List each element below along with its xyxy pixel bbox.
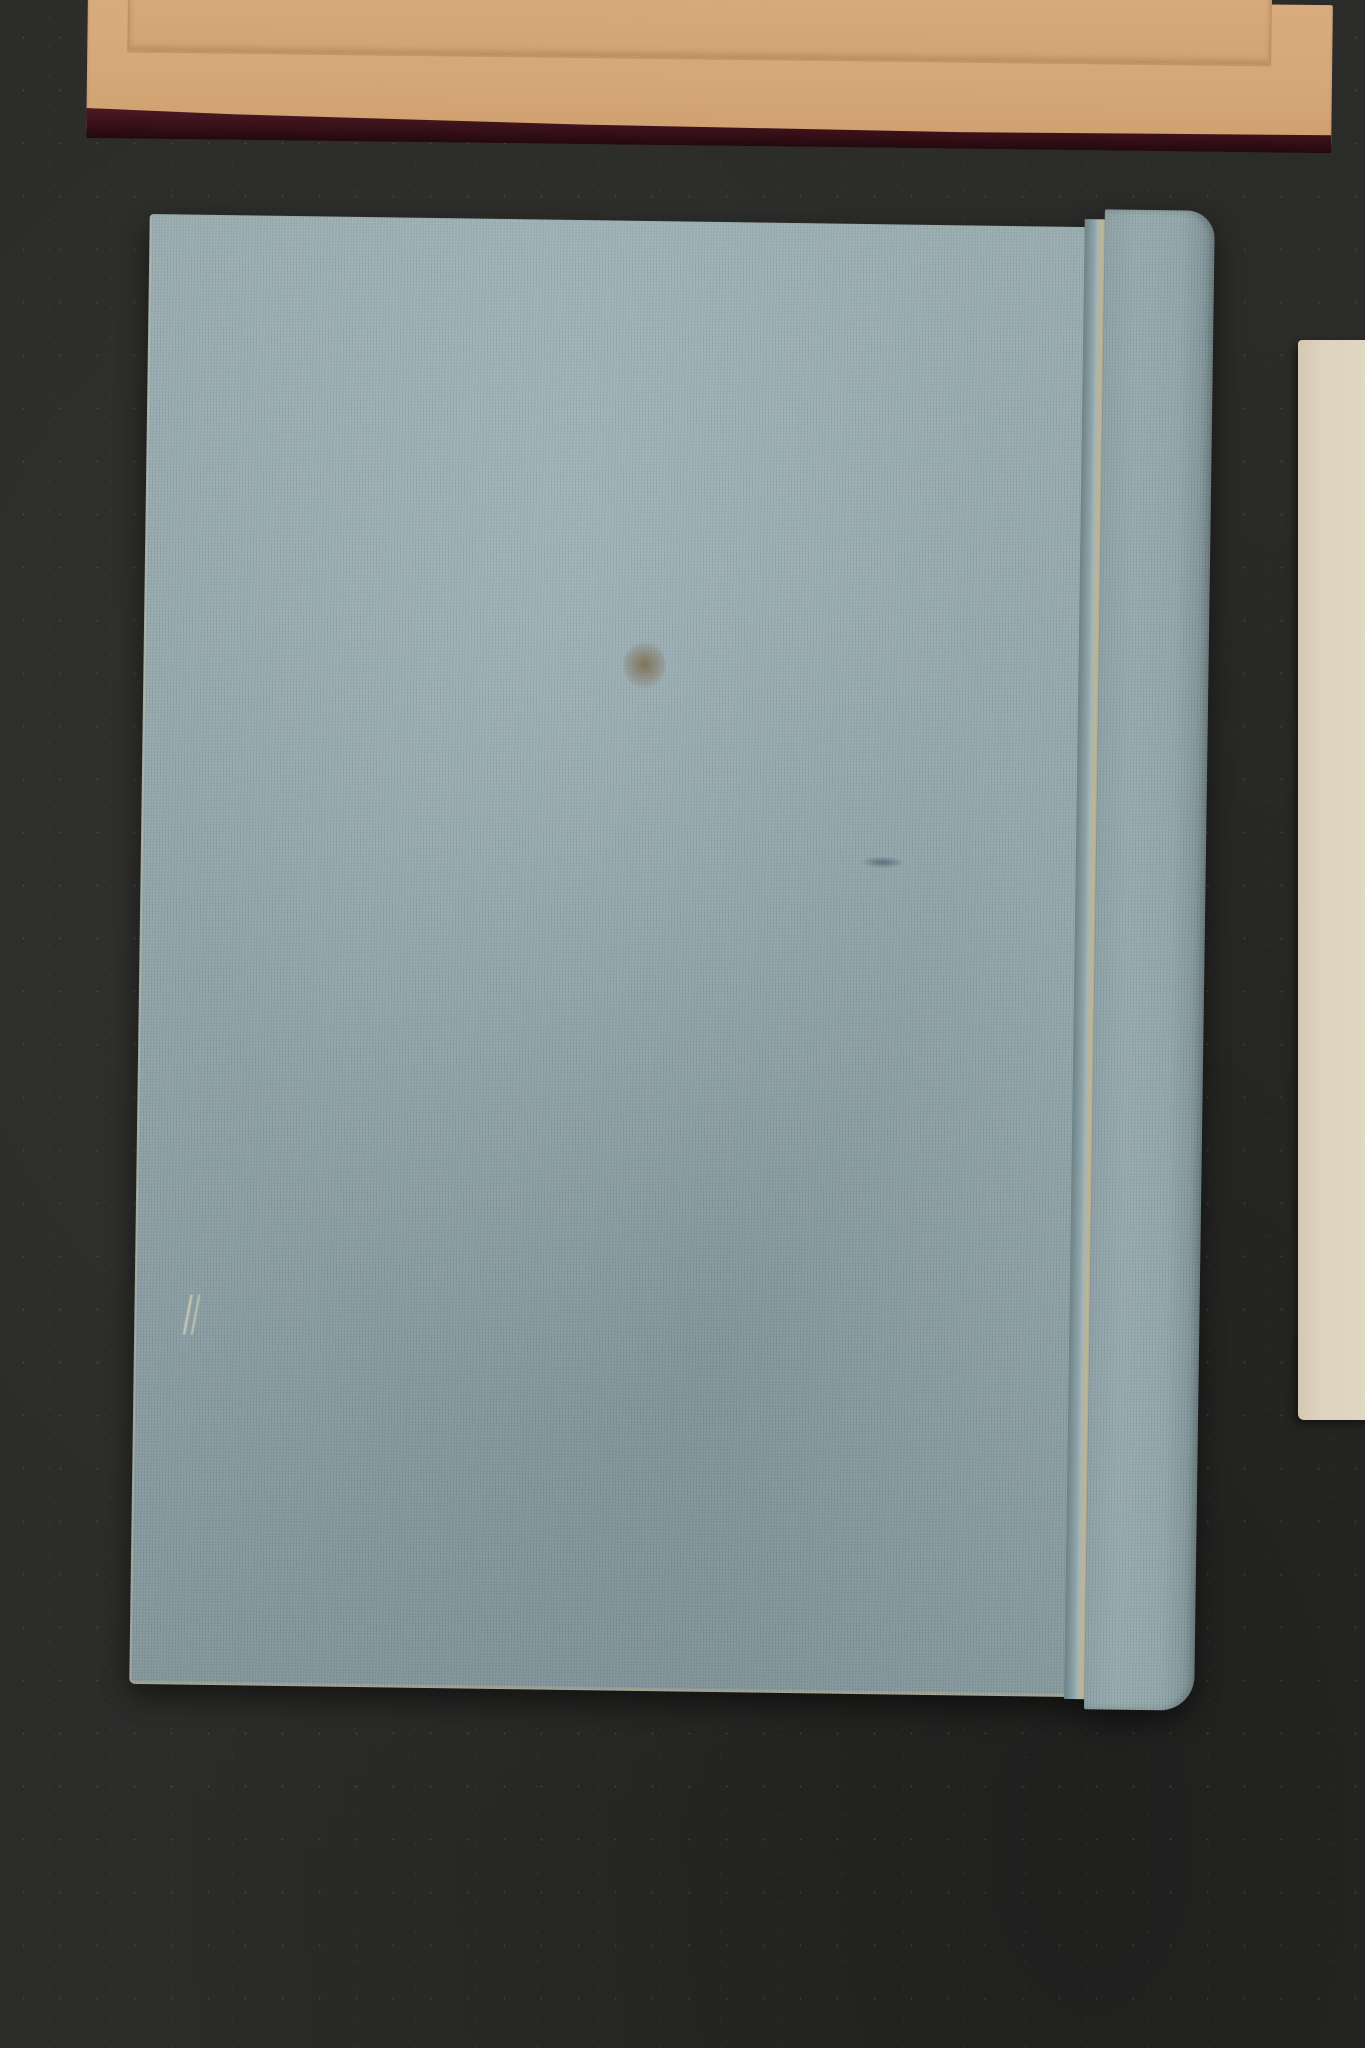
side-card xyxy=(1298,340,1365,1420)
book-spine xyxy=(1084,209,1215,1710)
ink-mark xyxy=(861,856,905,869)
cardboard-tray xyxy=(86,0,1333,175)
brown-stain xyxy=(623,641,666,690)
book xyxy=(129,196,1235,1721)
scuff-mark xyxy=(174,1294,205,1334)
book-back-cover xyxy=(129,214,1094,1697)
